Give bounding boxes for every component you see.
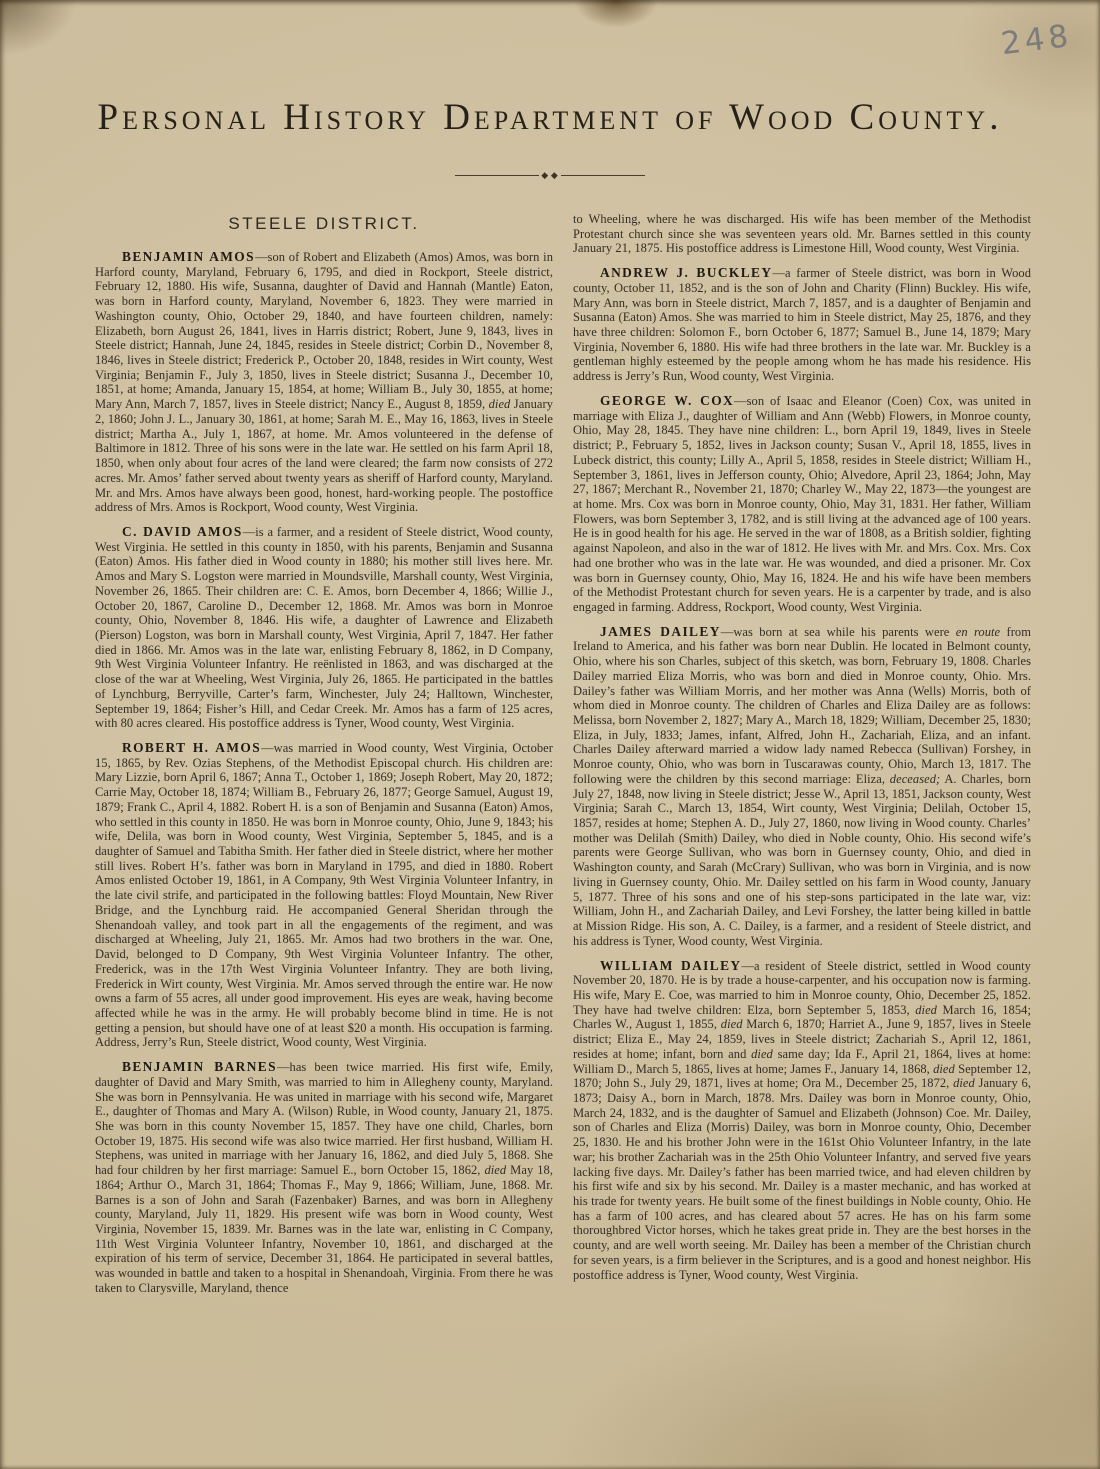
bio-entry: WILLIAM DAILEY—a resident of Steele dist… — [573, 959, 1031, 1283]
diamond-ornament-icon: ◆ ◆ — [539, 171, 561, 180]
left-column: STEELE DISTRICT. BENJAMIN AMOS—son of Ro… — [95, 212, 553, 1306]
right-column-entries: to Wheeling, where he was discharged. Hi… — [573, 212, 1031, 1282]
divider-rule-left — [455, 175, 539, 176]
left-column-entries: BENJAMIN AMOS—son of Robert and Elizabet… — [95, 250, 553, 1296]
page-title: Personal History Department of Wood Coun… — [60, 96, 1040, 139]
bio-entry: C. DAVID AMOS—is a farmer, and a residen… — [95, 525, 553, 731]
bio-entry-name: GEORGE W. COX — [600, 393, 734, 408]
bio-entry: GEORGE W. COX—son of Isaac and Eleanor (… — [573, 394, 1031, 615]
district-heading: STEELE DISTRICT. — [95, 214, 553, 234]
bio-entry-name: C. DAVID AMOS — [122, 524, 243, 539]
bio-entry: to Wheeling, where he was discharged. Hi… — [573, 212, 1031, 256]
bio-entry: JAMES DAILEY—was born at sea while his p… — [573, 625, 1031, 949]
bio-entry-name: WILLIAM DAILEY — [600, 958, 741, 973]
bio-entry: BENJAMIN BARNES—has been twice married. … — [95, 1060, 553, 1296]
bio-entry-name: JAMES DAILEY — [600, 624, 721, 639]
bio-entry-name: ROBERT H. AMOS — [122, 740, 261, 755]
bio-entry-name: ANDREW J. BUCKLEY — [600, 265, 772, 280]
ornamental-divider: ◆ ◆ — [455, 171, 645, 180]
bio-entry-name: BENJAMIN BARNES — [122, 1059, 277, 1074]
bio-entry: BENJAMIN AMOS—son of Robert and Elizabet… — [95, 250, 553, 515]
bio-entry: ROBERT H. AMOS—was married in Wood count… — [95, 741, 553, 1050]
divider-rule-right — [561, 175, 645, 176]
two-column-text-block: STEELE DISTRICT. BENJAMIN AMOS—son of Ro… — [0, 180, 1100, 1306]
scanned-book-page: 248 Personal History Department of Wood … — [0, 0, 1100, 1469]
handwritten-page-number: 248 — [999, 18, 1074, 62]
bio-entry: ANDREW J. BUCKLEY—a farmer of Steele dis… — [573, 266, 1031, 384]
bio-entry-name: BENJAMIN AMOS — [122, 249, 255, 264]
right-column: to Wheeling, where he was discharged. Hi… — [573, 212, 1031, 1306]
